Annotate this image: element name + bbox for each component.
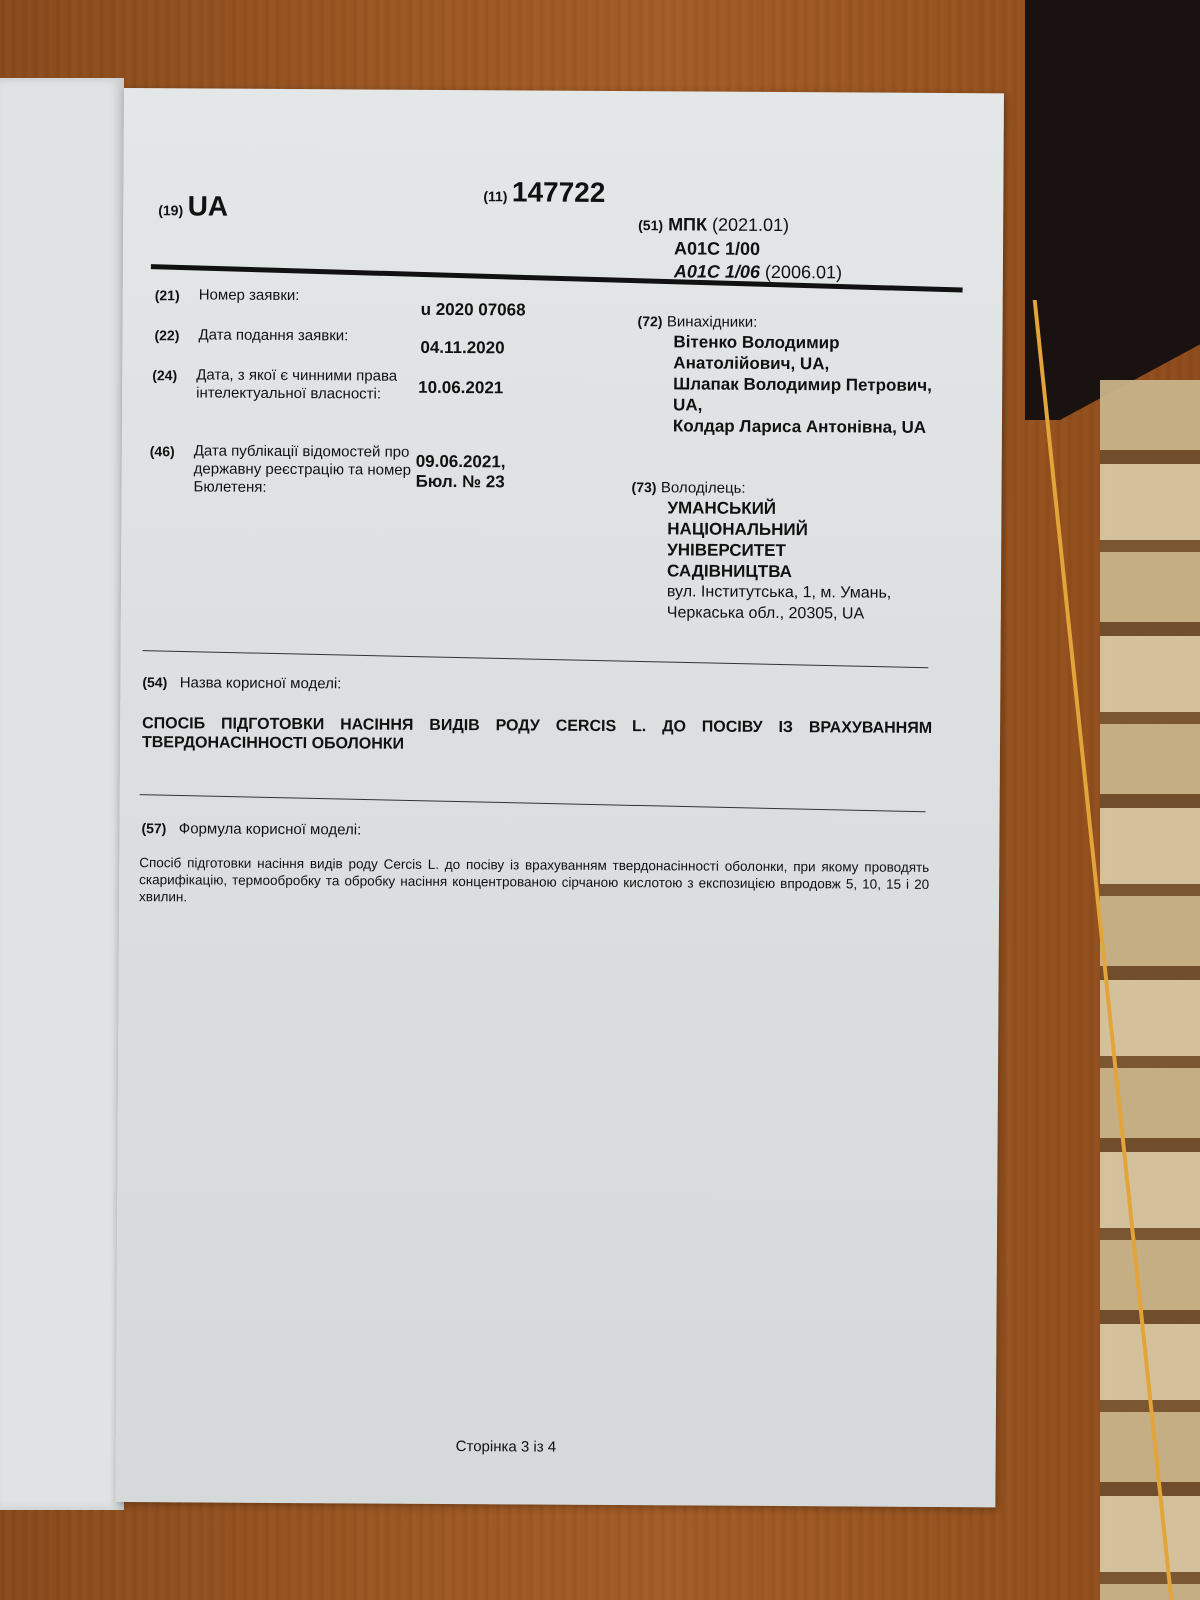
patent-number: 147722 xyxy=(512,176,606,208)
owner-address-line-2: Черкаська обл., 20305, UA xyxy=(631,602,931,625)
field-label: Дата публікації відомостей про державну … xyxy=(194,442,416,497)
number-code-label: (11) xyxy=(483,188,507,204)
owner-address-line-1: вул. Інститутська, 1, м. Умань, xyxy=(631,581,931,604)
inventors-code: (72) xyxy=(638,313,663,329)
section-divider xyxy=(140,794,926,812)
field-publication-date: (46) Дата публікації відомостей про держ… xyxy=(150,442,620,499)
left-facing-page xyxy=(0,78,124,1510)
page-number: Сторінка 3 із 4 xyxy=(456,1438,557,1456)
field-rights-effective-date: (24) Дата, з якої є чинними права інтеле… xyxy=(152,366,612,405)
field-application-number: (21) Номер заявки: u 2020 07068 xyxy=(155,286,615,321)
country-block: (19) UA xyxy=(158,190,228,222)
field-filing-date: (22) Дата подання заявки: 04.11.2020 xyxy=(154,326,614,359)
owner-label: Володілець: xyxy=(661,479,746,497)
formula-text: Спосіб підготовки насіння видів роду Cer… xyxy=(139,854,929,910)
ipc-class-2-version: (2006.01) xyxy=(765,262,842,282)
inventor-name: Шлапак Володимир Петрович, UA, xyxy=(673,373,937,417)
field-label: Дата подання заявки: xyxy=(198,326,420,357)
title-section-header: (54) Назва корисної моделі: xyxy=(142,674,341,693)
field-value: 09.06.2021, Бюл. № 23 xyxy=(416,444,526,499)
owner-code: (73) xyxy=(632,479,657,495)
patent-page: (19) UA (11) 147722 (51) МПК (2021.01) A… xyxy=(115,88,1004,1507)
utility-model-title: СПОСІБ ПІДГОТОВКИ НАСІННЯ ВИДІВ РОДУ CER… xyxy=(142,714,932,757)
field-label: Дата, з якої є чинними права інтелектуал… xyxy=(196,366,418,403)
ipc-label: МПК xyxy=(668,214,707,234)
inventors-label: Винахідники: xyxy=(667,313,757,331)
inventors-block: (72) Винахідники: Вітенко Володимир Анат… xyxy=(637,313,938,438)
owner-name: УМАНСЬКИЙ НАЦІОНАЛЬНИЙ УНІВЕРСИТЕТ САДІВ… xyxy=(631,497,838,582)
section-divider xyxy=(143,650,929,668)
title-code: (54) xyxy=(142,674,167,690)
ipc-block: (51) МПК (2021.01) A01C 1/00 A01C 1/06 (… xyxy=(638,213,843,284)
field-code: (21) xyxy=(155,286,199,318)
country: UA xyxy=(188,190,229,221)
field-label: Номер заявки: xyxy=(199,286,421,319)
patent-number-block: (11) 147722 xyxy=(483,176,605,209)
field-value: 04.11.2020 xyxy=(420,328,504,359)
country-code-label: (19) xyxy=(158,202,183,218)
ipc-version: (2021.01) xyxy=(712,215,789,235)
title-label: Назва корисної моделі: xyxy=(180,674,342,692)
dark-object-corner xyxy=(1025,0,1200,420)
owner-block: (73) Володілець: УМАНСЬКИЙ НАЦІОНАЛЬНИЙ … xyxy=(631,479,932,625)
formula-section-header: (57) Формула корисної моделі: xyxy=(141,820,361,839)
ipc-code-label: (51) xyxy=(638,217,663,233)
formula-label: Формула корисної моделі: xyxy=(179,820,362,838)
ipc-class-1: A01C 1/00 xyxy=(638,237,842,261)
formula-code: (57) xyxy=(141,820,166,836)
field-value: u 2020 07068 xyxy=(421,288,526,321)
field-code: (46) xyxy=(150,442,194,496)
inventor-name: Колдар Лариса Антонівна, UA xyxy=(673,415,937,438)
field-value: 10.06.2021 xyxy=(418,368,503,405)
field-code: (24) xyxy=(152,366,196,402)
field-code: (22) xyxy=(154,326,198,356)
inventor-name: Вітенко Володимир Анатолійович, UA, xyxy=(673,331,937,375)
